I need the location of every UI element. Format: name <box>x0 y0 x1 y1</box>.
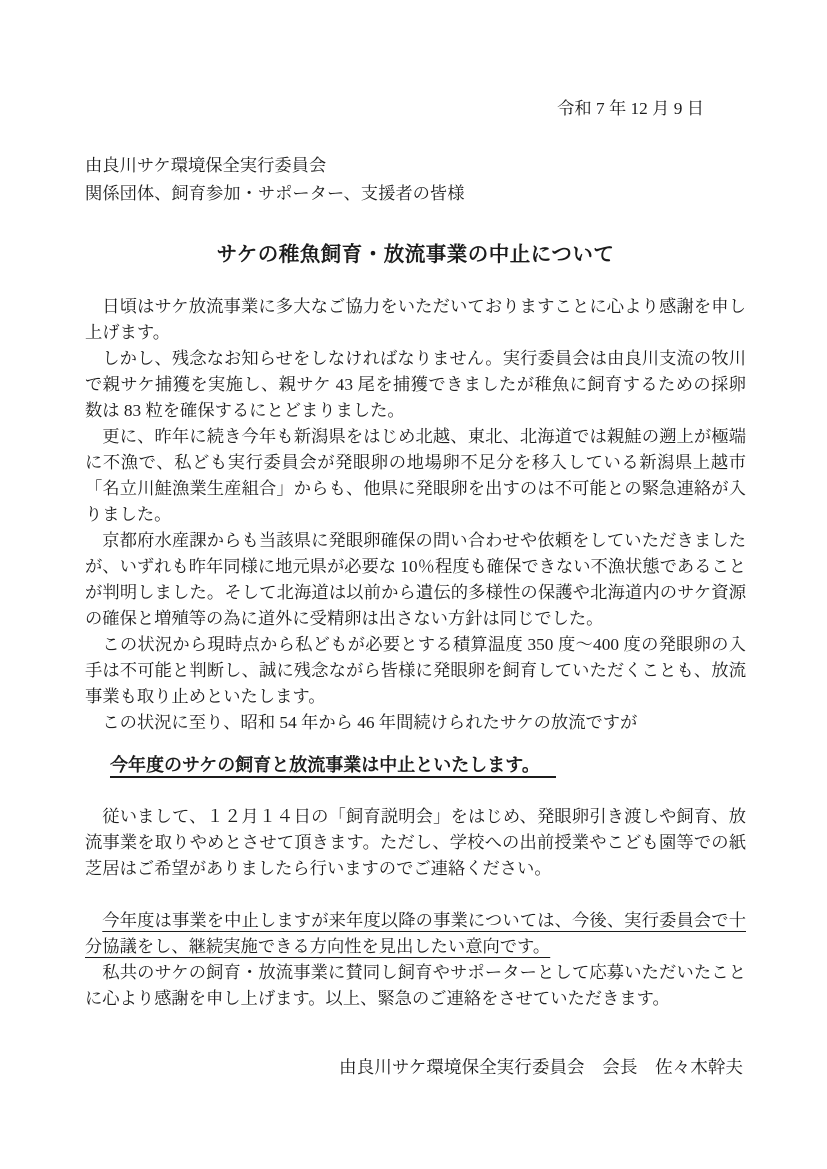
letter-title: サケの稚魚飼育・放流事業の中止について <box>85 240 746 270</box>
paragraph-closing: 私共のサケの飼育・放流事業に賛同し飼育やサポーターとして応募いただいたことに心よ… <box>85 960 746 1012</box>
letter-body: 日頃はサケ放流事業に多大なご協力をいただいておりますことに心より感謝を申し上げま… <box>85 294 746 1080</box>
paragraph-niigata-shortage: 更に、昨年に続き今年も新潟県をはじめ北越、東北、北海道では親鮭の遡上が極端に不漁… <box>85 424 746 528</box>
paragraph-greeting: 日頃はサケ放流事業に多大なご協力をいただいておりますことに心より感謝を申し上げま… <box>85 294 746 346</box>
paragraph-followup: 従いまして、１２月１４日の「飼育説明会」をはじめ、発眼卵引き渡しや飼育、放流事業… <box>85 804 746 882</box>
paragraph-judgement: この状況から現時点から私どもが必要とする積算温度 350 度～400 度の発眼卵… <box>85 632 746 710</box>
recipient-organization: 由良川サケ環境保全実行委員会 <box>85 152 746 180</box>
cancellation-notice-text: 今年度のサケの飼育と放流事業は中止といたします。 <box>110 755 556 778</box>
paragraph-kyoto-hokkaido: 京都府水産課からも当該県に発眼卵確保の問い合わせや依頼をしていただきましたが、い… <box>85 528 746 632</box>
letter-page: 令和 7 年 12 月 9 日 由良川サケ環境保全実行委員会 関係団体、飼育参加… <box>0 0 827 1169</box>
paragraph-bad-news: しかし、残念なお知らせをしなければなりません。実行委員会は由良川支流の牧川で親サ… <box>85 346 746 424</box>
letter-content: 令和 7 年 12 月 9 日 由良川サケ環境保全実行委員会 関係団体、飼育参加… <box>85 0 746 1080</box>
letter-date: 令和 7 年 12 月 9 日 <box>85 96 746 122</box>
paragraph-future-plan: 今年度は事業を中止しますが来年度以降の事業については、今後、実行委員会で十分協議… <box>85 908 746 960</box>
paragraph-history: この状況に至り、昭和 54 年から 46 年間続けられたサケの放流ですが <box>85 710 746 736</box>
signature: 由良川サケ環境保全実行委員会 会長 佐々木幹夫 <box>85 1054 746 1080</box>
recipient-block: 由良川サケ環境保全実行委員会 関係団体、飼育参加・サポーター、支援者の皆様 <box>85 152 746 208</box>
recipient-addressees: 関係団体、飼育参加・サポーター、支援者の皆様 <box>85 180 746 208</box>
cancellation-notice: 今年度のサケの飼育と放流事業は中止といたします。 <box>85 750 746 780</box>
